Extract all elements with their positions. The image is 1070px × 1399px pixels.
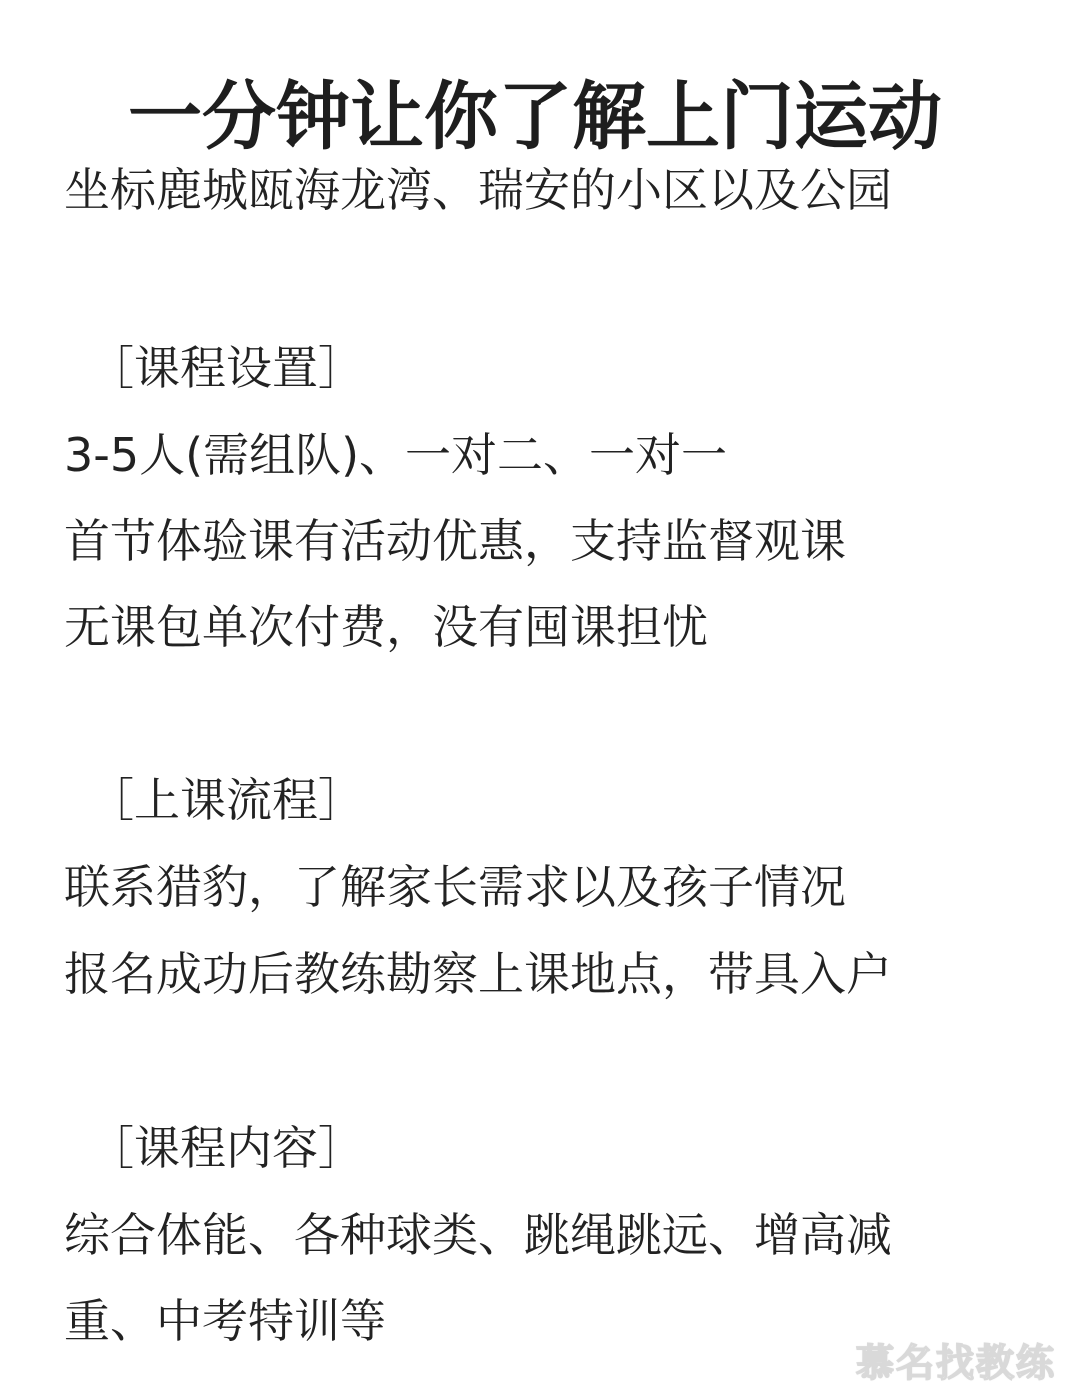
class-process-line-1: 联系猎豹，了解家长需求以及孩子情况	[64, 857, 846, 917]
watermark-logo: 慕名找教练	[856, 1332, 1056, 1387]
section-heading-course-settings: ［课程设置］	[88, 338, 364, 398]
course-settings-line-2: 首节体验课有活动优惠，支持监督观课	[64, 511, 846, 571]
class-process-line-2: 报名成功后教练勘察上课地点，带具入户	[64, 944, 892, 1004]
course-settings-line-1: 3-5人(需组队)、一对二、一对一	[64, 425, 727, 485]
course-content-line-2: 重、中考特训等	[64, 1291, 386, 1351]
section-heading-course-content: ［课程内容］	[88, 1118, 364, 1178]
intro-text: 坐标鹿城瓯海龙湾、瑞安的小区以及公园	[64, 160, 892, 220]
course-content-line-1: 综合体能、各种球类、跳绳跳远、增高减	[64, 1205, 892, 1265]
course-settings-line-3: 无课包单次付费，没有囤课担忧	[64, 597, 708, 657]
page-title: 一分钟让你了解上门运动	[0, 72, 1070, 162]
section-heading-class-process: ［上课流程］	[88, 770, 364, 830]
